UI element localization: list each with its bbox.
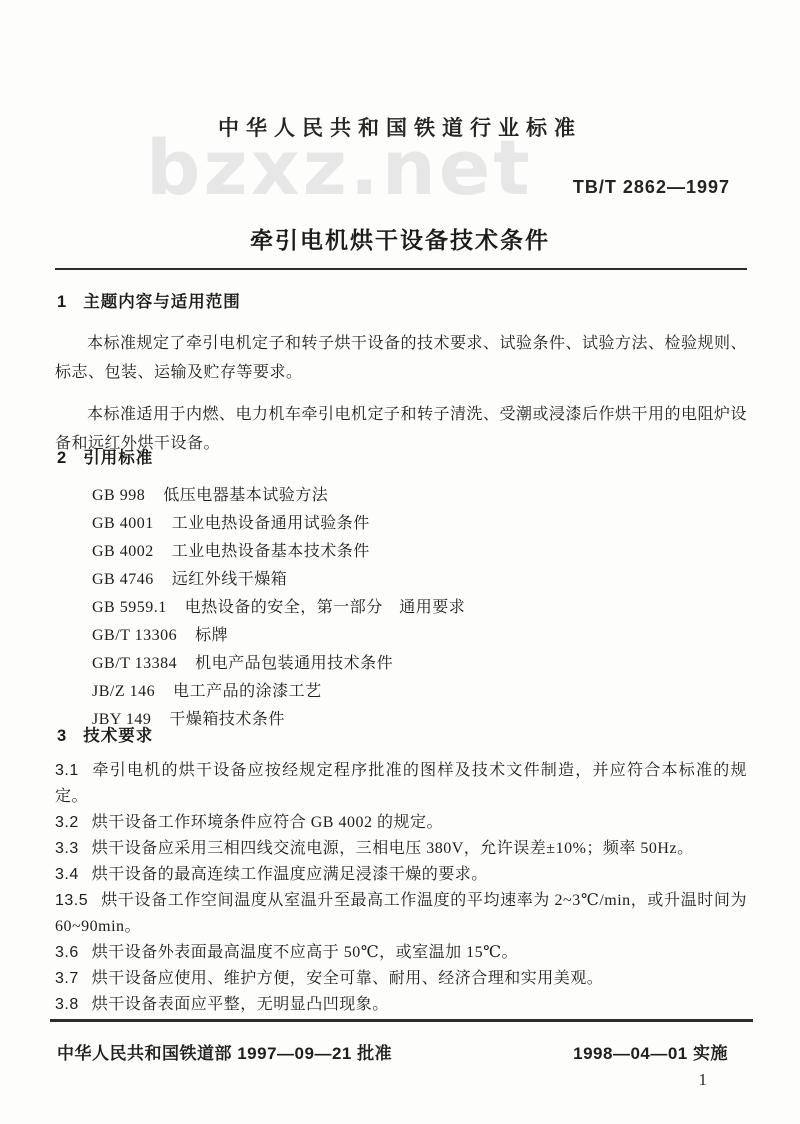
clause-text: 烘干设备外表面最高温度不应高于 50℃，或室温加 15℃。 [92, 944, 518, 961]
section-heading-text: 引用标准 [83, 449, 153, 467]
clause-number: 3.6 [55, 944, 79, 961]
reference-code: GB 998 [92, 487, 145, 504]
reference-code: GB/T 13384 [92, 655, 177, 672]
clause-number: 3.3 [55, 840, 79, 857]
section-heading-text: 技术要求 [83, 727, 153, 745]
clause-text: 牵引电机的烘干设备应按经规定程序批准的图样及技术文件制造，并应符合本标准的规定。 [55, 762, 747, 805]
reference-item: GB 5959.1电热设备的安全，第一部分 通用要求 [92, 594, 747, 622]
section-heading: 2引用标准 [55, 444, 747, 468]
reference-code: GB/T 13306 [92, 627, 177, 644]
page-number: 1 [699, 1070, 708, 1090]
reference-title: 电工产品的涂漆工艺 [173, 683, 322, 700]
section-references: 2引用标准 GB 998低压电器基本试验方法 GB 4001工业电热设备通用试验… [55, 444, 747, 734]
reference-title: 远红外线干燥箱 [172, 571, 288, 588]
reference-title: 电热设备的安全，第一部分 通用要求 [185, 599, 466, 616]
clause: 3.3烘干设备应采用三相四线交流电源，三相电压 380V，允许误差±10%；频率… [55, 836, 747, 862]
clause-list: 3.1牵引电机的烘干设备应按经规定程序批准的图样及技术文件制造，并应符合本标准的… [55, 758, 747, 1018]
section-number: 1 [57, 293, 67, 311]
clause-number: 3.4 [55, 866, 79, 883]
reference-code: GB 4001 [92, 515, 154, 532]
reference-title: 机电产品包装通用技术条件 [195, 655, 393, 672]
reference-title: 工业电热设备基本技术条件 [172, 543, 370, 560]
section-heading: 3技术要求 [55, 722, 747, 746]
clause: 3.2烘干设备工作环境条件应符合 GB 4002 的规定。 [55, 810, 747, 836]
section-scope: 1主题内容与适用范围 本标准规定了牵引电机定子和转子烘干设备的技术要求、试验条件… [55, 288, 747, 458]
reference-item: GB 4746远红外线干燥箱 [92, 566, 747, 594]
header-title: 中华人民共和国铁道行业标准 [0, 112, 800, 142]
section-number: 2 [57, 449, 67, 467]
section-heading-text: 主题内容与适用范围 [83, 293, 241, 311]
title-rule [55, 268, 747, 270]
document-title: 牵引电机烘干设备技术条件 [0, 222, 800, 255]
footer-rule [50, 1019, 753, 1022]
section-heading: 1主题内容与适用范围 [55, 288, 747, 312]
clause: 3.6烘干设备外表面最高温度不应高于 50℃，或室温加 15℃。 [55, 940, 747, 966]
document-page: bzxz.net 中华人民共和国铁道行业标准 TB/T 2862—1997 牵引… [0, 0, 800, 1124]
reference-item: GB 4002工业电热设备基本技术条件 [92, 538, 747, 566]
reference-title: 低压电器基本试验方法 [163, 487, 328, 504]
reference-item: GB/T 13306标牌 [92, 622, 747, 650]
footer: 中华人民共和国铁道部 1997—09—21 批准 1998—04—01 实施 [57, 1039, 728, 1064]
footer-implementation: 1998—04—01 实施 [573, 1039, 728, 1064]
clause-number: 3.8 [55, 996, 79, 1013]
reference-title: 工业电热设备通用试验条件 [172, 515, 370, 532]
reference-item: GB 4001工业电热设备通用试验条件 [92, 510, 747, 538]
reference-item: JB/Z 146电工产品的涂漆工艺 [92, 678, 747, 706]
clause: 3.1牵引电机的烘干设备应按经规定程序批准的图样及技术文件制造，并应符合本标准的… [55, 758, 747, 810]
section-technical-requirements: 3技术要求 3.1牵引电机的烘干设备应按经规定程序批准的图样及技术文件制造，并应… [55, 722, 747, 1018]
clause-number: 3.7 [55, 970, 79, 987]
section-number: 3 [57, 727, 67, 745]
standard-number: TB/T 2862—1997 [573, 177, 730, 198]
reference-code: GB 4002 [92, 543, 154, 560]
reference-list: GB 998低压电器基本试验方法 GB 4001工业电热设备通用试验条件 GB … [55, 482, 747, 734]
footer-approval: 中华人民共和国铁道部 1997—09—21 批准 [57, 1039, 392, 1064]
clause: 3.7烘干设备应使用、维护方便，安全可靠、耐用、经济合理和实用美观。 [55, 966, 747, 992]
clause-text: 烘干设备工作环境条件应符合 GB 4002 的规定。 [92, 814, 443, 831]
clause: 3.4烘干设备的最高连续工作温度应满足浸漆干燥的要求。 [55, 862, 747, 888]
reference-item: GB 998低压电器基本试验方法 [92, 482, 747, 510]
reference-title: 标牌 [195, 627, 228, 644]
clause-text: 烘干设备应使用、维护方便，安全可靠、耐用、经济合理和实用美观。 [92, 970, 604, 987]
clause: 3.8烘干设备表面应平整，无明显凸凹现象。 [55, 992, 747, 1018]
clause-text: 烘干设备表面应平整，无明显凸凹现象。 [92, 996, 389, 1013]
clause-text: 烘干设备的最高连续工作温度应满足浸漆干燥的要求。 [92, 866, 488, 883]
clause-number: 13.5 [55, 892, 88, 909]
paragraph: 本标准规定了牵引电机定子和转子烘干设备的技术要求、试验条件、试验方法、检验规则、… [55, 330, 747, 387]
clause-number: 3.1 [55, 762, 79, 779]
clause: 13.5烘干设备工作空间温度从室温升至最高工作温度的平均速率为 2~3℃/min… [55, 888, 747, 940]
reference-code: GB 4746 [92, 571, 154, 588]
reference-code: GB 5959.1 [92, 599, 167, 616]
reference-item: GB/T 13384机电产品包装通用技术条件 [92, 650, 747, 678]
clause-text: 烘干设备工作空间温度从室温升至最高工作温度的平均速率为 2~3℃/min，或升温… [55, 892, 747, 935]
reference-code: JB/Z 146 [92, 683, 155, 700]
clause-text: 烘干设备应采用三相四线交流电源，三相电压 380V，允许误差±10%；频率 50… [92, 840, 694, 857]
clause-number: 3.2 [55, 814, 79, 831]
